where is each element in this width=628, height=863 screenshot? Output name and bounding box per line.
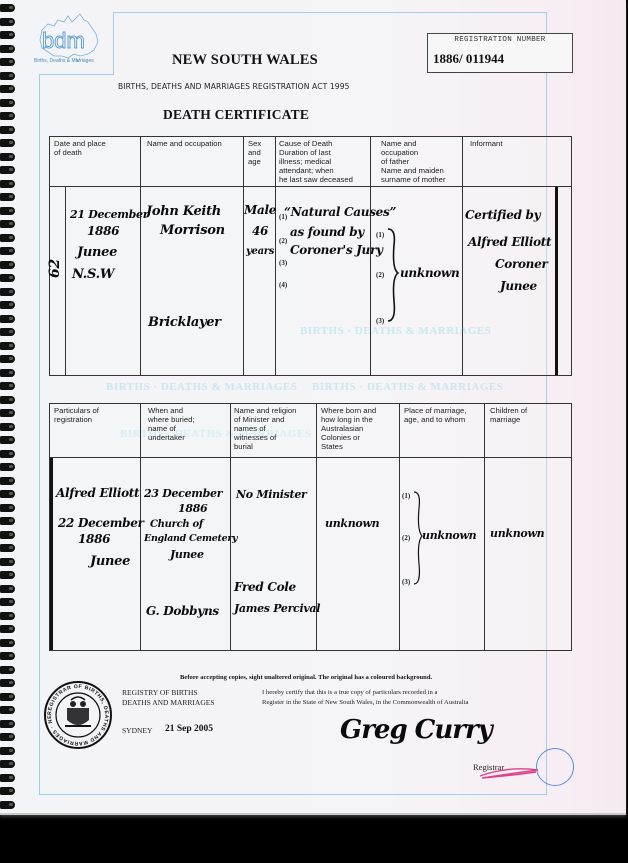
registration-number: 1886/ 011944 bbox=[433, 51, 504, 67]
header-children: Children of marriage bbox=[490, 406, 527, 424]
frame-border bbox=[113, 12, 547, 13]
spiral-coil bbox=[0, 787, 15, 795]
spiral-coil bbox=[0, 558, 15, 566]
deceased-sex: Male bbox=[244, 203, 276, 218]
informant-title: Coroner bbox=[495, 257, 547, 272]
spiral-coil bbox=[0, 436, 15, 444]
header-burial: When and where buried; name of undertake… bbox=[148, 406, 195, 442]
spiral-coil bbox=[0, 139, 15, 147]
header-cause-of-death: Cause of Death Duration of last illness;… bbox=[279, 139, 353, 184]
bdm-logo-icon: bdm bbox=[36, 12, 102, 62]
spiral-coil bbox=[0, 733, 15, 741]
entry-number: 62 bbox=[48, 259, 63, 278]
header-sex-age: Sex and age bbox=[248, 139, 261, 166]
frame-border bbox=[39, 794, 547, 795]
spiral-coil bbox=[0, 382, 15, 390]
spiral-coil bbox=[0, 288, 15, 296]
spiral-coil bbox=[0, 193, 15, 201]
marriage-marker-1: (1) bbox=[402, 492, 410, 500]
informant-place: Junee bbox=[500, 279, 537, 294]
death-details-table: Date and place of death Name and occupat… bbox=[49, 136, 572, 376]
logo-caption: Births, Deaths & Marriages bbox=[34, 58, 94, 64]
informant-line-1: Certified by bbox=[465, 208, 540, 223]
registrar-name: Alfred Elliott bbox=[56, 486, 139, 501]
header-marriage: Place of marriage, age, and to whom bbox=[404, 406, 466, 424]
brace-icon bbox=[386, 225, 400, 325]
spiral-coil bbox=[0, 153, 15, 161]
header-birthplace: Where born and how long in the Australas… bbox=[321, 406, 376, 451]
spiral-coil bbox=[0, 652, 15, 660]
spiral-coil bbox=[0, 301, 15, 309]
witness-2: James Percival bbox=[234, 601, 320, 616]
spiral-coil bbox=[0, 247, 15, 255]
certificate-title: DEATH CERTIFICATE bbox=[163, 107, 309, 123]
birthplace-value: unknown bbox=[325, 516, 379, 531]
watermark-text: BIRTHS · DEATHS & MARRIAGES bbox=[106, 381, 297, 393]
frame-border bbox=[39, 74, 114, 75]
deceased-surname: Morrison bbox=[160, 223, 225, 238]
witness-1: Fred Cole bbox=[234, 580, 296, 595]
watermark-text: BIRTHS · DEATHS & MARRIAGES bbox=[300, 325, 491, 337]
burial-place-line-3: Junee bbox=[170, 547, 204, 562]
death-year: 1886 bbox=[87, 224, 119, 239]
cause-marker-3: (3) bbox=[279, 259, 287, 267]
spiral-coil bbox=[0, 490, 15, 498]
spiral-coil bbox=[0, 612, 15, 620]
spiral-coil bbox=[0, 166, 15, 174]
registrar-signature: Greg Curry bbox=[340, 715, 492, 745]
spiral-coil bbox=[0, 477, 15, 485]
issue-date: 21 Sep 2005 bbox=[165, 724, 213, 734]
spiral-coil bbox=[0, 639, 15, 647]
deceased-age: 46 bbox=[252, 224, 268, 239]
spiral-coil bbox=[0, 693, 15, 701]
certificate-page: bdm Births, Deaths & Marriages NEW SOUTH… bbox=[0, 0, 626, 815]
spiral-coil bbox=[0, 463, 15, 471]
parents-marker-2: (2) bbox=[376, 271, 384, 279]
spiral-coil bbox=[0, 544, 15, 552]
spiral-coil bbox=[0, 342, 15, 350]
header-particulars: Particulars of registration bbox=[54, 406, 99, 424]
cause-authority: Coroner's Jury bbox=[290, 243, 383, 258]
burial-place-line-2: England Cemetery bbox=[144, 531, 237, 546]
marriage-marker-2: (2) bbox=[402, 534, 410, 542]
spiral-coil bbox=[0, 531, 15, 539]
death-date: 21 December bbox=[70, 207, 148, 222]
header-date-place: Date and place of death bbox=[54, 139, 106, 157]
deceased-age-unit: years bbox=[246, 244, 274, 259]
issue-city: SYDNEY bbox=[122, 726, 152, 735]
spiral-coil bbox=[0, 450, 15, 458]
registration-date: 22 December bbox=[58, 516, 144, 531]
deceased-occupation: Bricklayer bbox=[148, 315, 221, 330]
svg-text:bdm: bdm bbox=[42, 28, 85, 53]
registrar-seal-icon: REGISTRAR OF BIRTHS, DEATHS AND MARRIAGE… bbox=[43, 680, 113, 750]
stamp-circle-icon bbox=[536, 748, 574, 786]
spiral-coil bbox=[0, 207, 15, 215]
spiral-binding bbox=[0, 0, 16, 815]
spiral-coil bbox=[0, 180, 15, 188]
spiral-coil bbox=[0, 679, 15, 687]
spiral-coil bbox=[0, 126, 15, 134]
spiral-coil bbox=[0, 85, 15, 93]
header-informant: Informant bbox=[470, 139, 502, 148]
spiral-coil bbox=[0, 760, 15, 768]
watermark-text: BIRTHS · DEATHS & MARRIAGES bbox=[312, 381, 503, 393]
spiral-coil bbox=[0, 328, 15, 336]
deceased-given-names: John Keith bbox=[146, 204, 221, 219]
spiral-coil bbox=[0, 396, 15, 404]
spiral-coil bbox=[0, 355, 15, 363]
burial-year: 1886 bbox=[178, 501, 207, 516]
undertaker-name: G. Dobbyns bbox=[146, 604, 219, 619]
registration-number-label: REGISTRATION NUMBER bbox=[428, 36, 572, 44]
spiral-coil bbox=[0, 409, 15, 417]
spiral-coil bbox=[0, 423, 15, 431]
burial-place-line-1: Church of bbox=[150, 517, 203, 532]
cause-of-death: “Natural Causes” bbox=[284, 205, 396, 220]
spiral-coil bbox=[0, 274, 15, 282]
spiral-coil bbox=[0, 315, 15, 323]
header-parents: Name and occupation of father Name and m… bbox=[381, 139, 446, 184]
spiral-coil bbox=[0, 801, 15, 809]
frame-border bbox=[39, 74, 40, 794]
cause-detail: as found by bbox=[290, 225, 364, 240]
spiral-coil bbox=[0, 504, 15, 512]
pink-ink-mark-icon bbox=[478, 764, 540, 780]
cause-marker-4: (4) bbox=[279, 281, 287, 289]
registration-number-box: REGISTRATION NUMBER 1886/ 011944 bbox=[427, 33, 573, 73]
header-name-occupation: Name and occupation bbox=[147, 139, 222, 148]
spiral-coil bbox=[0, 99, 15, 107]
spiral-coil bbox=[0, 571, 15, 579]
spiral-coil bbox=[0, 666, 15, 674]
authenticity-notice: Before accepting copies, sight unaltered… bbox=[180, 674, 432, 681]
spiral-coil bbox=[0, 72, 15, 80]
cause-marker-2: (2) bbox=[279, 237, 287, 245]
registration-place: Junee bbox=[90, 554, 130, 569]
certification-statement: I hereby certify that this is a true cop… bbox=[262, 688, 468, 707]
spiral-coil bbox=[0, 112, 15, 120]
spiral-coil bbox=[0, 747, 15, 755]
registration-details-table: Particulars of registration When and whe… bbox=[49, 403, 572, 651]
spiral-coil bbox=[0, 517, 15, 525]
registry-name: REGISTRY OF BIRTHS DEATHS AND MARRIAGES bbox=[122, 688, 215, 708]
spiral-coil bbox=[0, 220, 15, 228]
spiral-coil bbox=[0, 234, 15, 242]
spiral-coil bbox=[0, 31, 15, 39]
death-state: N.S.W bbox=[72, 267, 114, 282]
spiral-coil bbox=[0, 18, 15, 26]
state-title: NEW SOUTH WALES bbox=[172, 52, 318, 69]
parents-marker-3: (3) bbox=[376, 317, 384, 325]
spiral-coil bbox=[0, 369, 15, 377]
frame-border bbox=[113, 12, 114, 74]
parents-value: unknown bbox=[400, 266, 459, 281]
informant-name: Alfred Elliott bbox=[468, 235, 551, 250]
registration-year: 1886 bbox=[78, 532, 110, 547]
death-place: Junee bbox=[77, 245, 117, 260]
parents-marker-1: (1) bbox=[376, 231, 384, 239]
spiral-coil bbox=[0, 58, 15, 66]
spiral-coil bbox=[0, 598, 15, 606]
spiral-coil bbox=[0, 625, 15, 633]
marriage-marker-3: (3) bbox=[402, 578, 410, 586]
spiral-coil bbox=[0, 261, 15, 269]
spiral-coil bbox=[0, 4, 15, 12]
marriage-value: unknown bbox=[422, 528, 476, 543]
spiral-coil bbox=[0, 706, 15, 714]
burial-date: 23 December bbox=[144, 486, 222, 501]
header-minister: Name and religion of Minister and names … bbox=[234, 406, 296, 451]
minister-name: No Minister bbox=[236, 487, 307, 502]
spiral-coil bbox=[0, 774, 15, 782]
children-value: unknown bbox=[490, 526, 544, 541]
spiral-coil bbox=[0, 585, 15, 593]
act-subtitle: BIRTHS, DEATHS AND MARRIAGES REGISTRATIO… bbox=[118, 82, 350, 91]
spiral-coil bbox=[0, 45, 15, 53]
spiral-coil bbox=[0, 720, 15, 728]
